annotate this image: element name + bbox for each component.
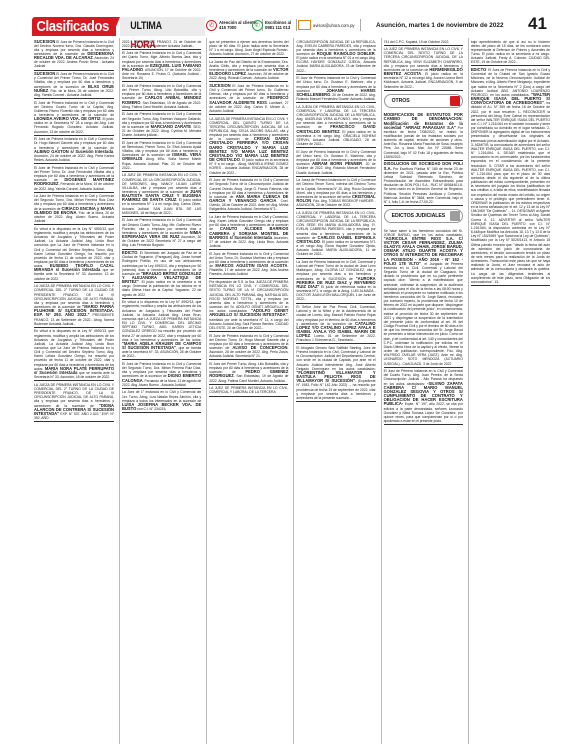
legal-notice: LA JUEZA DE PRIMERA INSTANCIA EN LO CIVI… — [296, 103, 375, 148]
legal-notice: SUCESION El Juez de Primera Instancia en… — [34, 71, 114, 99]
logo-part-ultima: ULTIMA — [125, 17, 189, 36]
column-2: 2022 - PRESIDENTE FRANCO, 21 de Octubre … — [119, 38, 203, 744]
section-header-otros: OTROS — [384, 94, 463, 108]
notice-text: 741 del C.P.C. Kapiatá, 19 de Octubre 20… — [384, 40, 450, 44]
notice-text: Por Escritura Pública N° 180 de fecha 23… — [384, 167, 463, 204]
notice-text: El Abogado Genaro Saúl Saiffidin Startin… — [296, 346, 375, 371]
legal-notice: El Juez de Primera Instancia en lo Civil… — [209, 250, 288, 278]
notice-text: , el Juzgado de Primera Instancia en lo … — [384, 262, 463, 366]
section-label: OTROS — [392, 98, 410, 104]
legal-notice: SUCESION El Juez de Primera Instancia en… — [209, 82, 288, 115]
legal-notice: El Juez de Primera Instancia en lo Civil… — [296, 148, 375, 176]
divider — [296, 19, 297, 31]
notice-text: En virtud a lo dispuesto en la Ley N° 49… — [34, 227, 114, 268]
legal-notice: En virtud a lo dispuesto en la Ley N° 49… — [122, 299, 201, 361]
envelope-icon — [298, 20, 311, 30]
page-header: Clasificados ULTIMAHORA ✆ Atención al cl… — [0, 0, 580, 36]
whatsapp-icon: ✆ — [252, 20, 263, 31]
column-5: 741 del C.P.C. Kapiatá, 19 de Octubre 20… — [381, 38, 465, 744]
phone-icon: ✆ — [206, 20, 217, 31]
divider — [360, 19, 361, 31]
legal-notice: La Juez de Primera Instancia en lo Civil… — [209, 213, 288, 250]
legal-notice: El Abogado Genaro Saúl Saiffidin Startin… — [296, 344, 375, 402]
column-4: CIRCUNSCRIPCIÓN JUDICIAL DE LA REPÚBLICA… — [293, 38, 377, 744]
legal-notice: Se hace saber a los herederos conocidos … — [384, 227, 463, 368]
legal-notice: LA JUEZ DE PRIMERA INSTANCIA EN LO CIVIL… — [122, 172, 201, 217]
whatsapp-contact: ✆ Escribinos al0981 111 013 — [252, 19, 297, 31]
column-6: bajo apercibimiento de que si así no lo … — [468, 38, 552, 744]
legal-notice: que se presenten a ejercer sus derechos … — [209, 38, 288, 58]
notice-text: LA JUEZ DE PRIMERA INSTANCIA EN LO CIVIL… — [209, 386, 288, 394]
section-label: EDICTOS JUDICIALES — [392, 213, 445, 219]
legal-notice: El Juez de Primera Instancia en lo Civil… — [384, 368, 463, 426]
briefcase-icon — [450, 96, 460, 106]
legal-notice: El Señor Juez de Paz Penal, Civil, Comer… — [296, 304, 375, 345]
legal-notice: 741 del C.P.C. Kapiatá, 19 de Octubre 20… — [384, 38, 463, 46]
legal-notice: LA JUEZ DE PRIMERA INSTANCIA EN LO CIVIL… — [384, 46, 463, 91]
legal-notice: LA JUEZ DE PRIMERA INSTANCIA EN LO CIVIL… — [209, 385, 288, 397]
legal-notice: En virtud a lo dispuesto en la Ley N° 49… — [34, 225, 114, 283]
page-number: 41 — [528, 14, 547, 34]
notice-text: Por escritura de fecha 7/08/2022, se rea… — [384, 126, 463, 159]
issue-date: Asunción, martes 1 de noviembre de 2022 — [376, 22, 504, 29]
legal-notice: El Juez de Primera Instancia en lo Civil… — [34, 99, 114, 136]
legal-notice: SUCESION El Juez de Primera Instancia en… — [34, 38, 114, 71]
section-title: Clasificados — [32, 17, 106, 36]
notice-subject: MODIFICACION DE ESTATUTOS POR CAMBIO DE … — [384, 112, 463, 129]
legal-notice: LA JUEZA DE PRIMERA INSTANCIA EN LO CIVI… — [209, 115, 288, 177]
notice-text: con C.I. N° 234215, — [136, 407, 166, 411]
banner-slant-shape — [112, 17, 120, 36]
legal-notice: Por disposición de S.S. la Sra. JUEZA DE… — [209, 279, 288, 332]
legal-notice: El Juez de Primera Instancia en lo Civil… — [122, 50, 201, 83]
email-contact: avisos@uhora.com.py — [298, 19, 361, 31]
column-1: SUCESION El Juez de Primera Instancia en… — [32, 38, 116, 744]
section-title-banner: Clasificados — [32, 17, 116, 36]
notice-text: que se presenten a ejercer sus derechos … — [209, 40, 288, 56]
notice-text: bajo apercibimiento de que si así no lo … — [471, 40, 550, 65]
legal-notice: El Juez de Primera Instancia en lo Civil… — [34, 136, 114, 164]
newspaper-logo: ULTIMAHORA — [120, 17, 205, 36]
legal-notice: La Juez de Primera Instancia en lo Civil… — [296, 259, 375, 304]
legal-notice: El Juez de Primera Instancia en lo Civil… — [122, 82, 201, 110]
legal-notice: MODIFICACION DE ESTATUTOS POR CAMBIO DE … — [384, 112, 463, 161]
legal-notice: El Juez de Primera Instancia en lo Civil… — [122, 139, 201, 172]
notice-text: En virtud a lo dispuesto en la Ley N° 49… — [122, 300, 201, 341]
legal-notice: LA JUEZA DE PRIMERA INSTANCIA EN LO CIVI… — [34, 381, 114, 422]
email-address: avisos@uhora.com.py — [313, 23, 355, 28]
whatsapp-number: 0981 111 013 — [265, 25, 291, 30]
legal-notice: DISOLUCION DE SOCIEDAD DON POLI S.A. Por… — [384, 161, 463, 206]
legal-notice: CIRCUNSCRIPCIÓN JUDICIAL DE LA REPÚBLICA… — [296, 38, 375, 75]
gavel-icon — [450, 211, 460, 221]
legal-notice: La Jueza de Primera Instancia en lo Civi… — [296, 177, 375, 210]
legal-notice: El Juez de Primera Instancia en lo Civil… — [122, 217, 201, 250]
legal-notice: El Juez de Primera Instancia en lo Civil… — [209, 332, 288, 360]
notice-text: 2022 - PRESIDENTE FRANCO, 21 de Octubre … — [122, 40, 201, 48]
legal-notice: En virtud a lo dispuesto en la Ley N° 49… — [34, 328, 114, 381]
legal-notice: El Juez del Primer Turno, Abog. Lilio Bo… — [209, 360, 288, 384]
legal-notice: El Juez de Primera Instancia en lo Civil… — [296, 75, 375, 103]
notice-text: El Juez de Primera Instancia en lo Civil… — [34, 137, 114, 149]
legal-notice: 2022 - PRESIDENTE FRANCO, 21 de Octubre … — [122, 38, 201, 50]
section-header-edictos: EDICTOS JUDICIALES — [384, 209, 463, 223]
legal-notice: EDICTO. El Secretario del Juzgado de Paz… — [122, 250, 201, 299]
notice-text: La Juez de 1° Instancia en lo Civil y Co… — [122, 390, 201, 402]
notice-text: , ha dictado el A.I. N° 359 de fecha 18 … — [471, 101, 550, 284]
legal-notice: El Juez de Primera Instancia en lo Civil… — [34, 164, 114, 192]
legal-notice: LA JUEZA DE PRIMERA INSTANCIA EN LO CIVI… — [34, 283, 114, 328]
legal-notice: La Jueza de Paz del Distrito de la Encar… — [209, 58, 288, 82]
legal-notice: La Juez de Primera Instancia en lo Civil… — [34, 193, 114, 226]
legal-notice: EDICTO: El Juez de Primera Instancia en … — [471, 66, 550, 286]
legal-notice: LA JUEZA DE PRIMERA INSTANCIA EN LO CIVI… — [296, 209, 375, 258]
notice-text: En virtud a lo dispuesto en la Ley N° 49… — [34, 329, 114, 370]
legal-notice: El Juez de Primera Instancia en lo Civil… — [122, 360, 201, 388]
column-3: que se presenten a ejercer sus derechos … — [206, 38, 290, 744]
notice-text: El Juez de Primera Instancia en lo Civil… — [34, 101, 114, 117]
legal-notice: El Juez de Primera Instancia en lo Civil… — [122, 111, 201, 139]
classifieds-columns: SUCESION El Juez de Primera Instancia en… — [32, 38, 552, 744]
legal-notice: bajo apercibimiento de que si así no lo … — [471, 38, 550, 66]
legal-notice: La Juez de 1° Instancia en lo Civil y Co… — [122, 389, 201, 413]
legal-notice: El Juez de Primera Instancia en lo Civil… — [209, 177, 288, 214]
